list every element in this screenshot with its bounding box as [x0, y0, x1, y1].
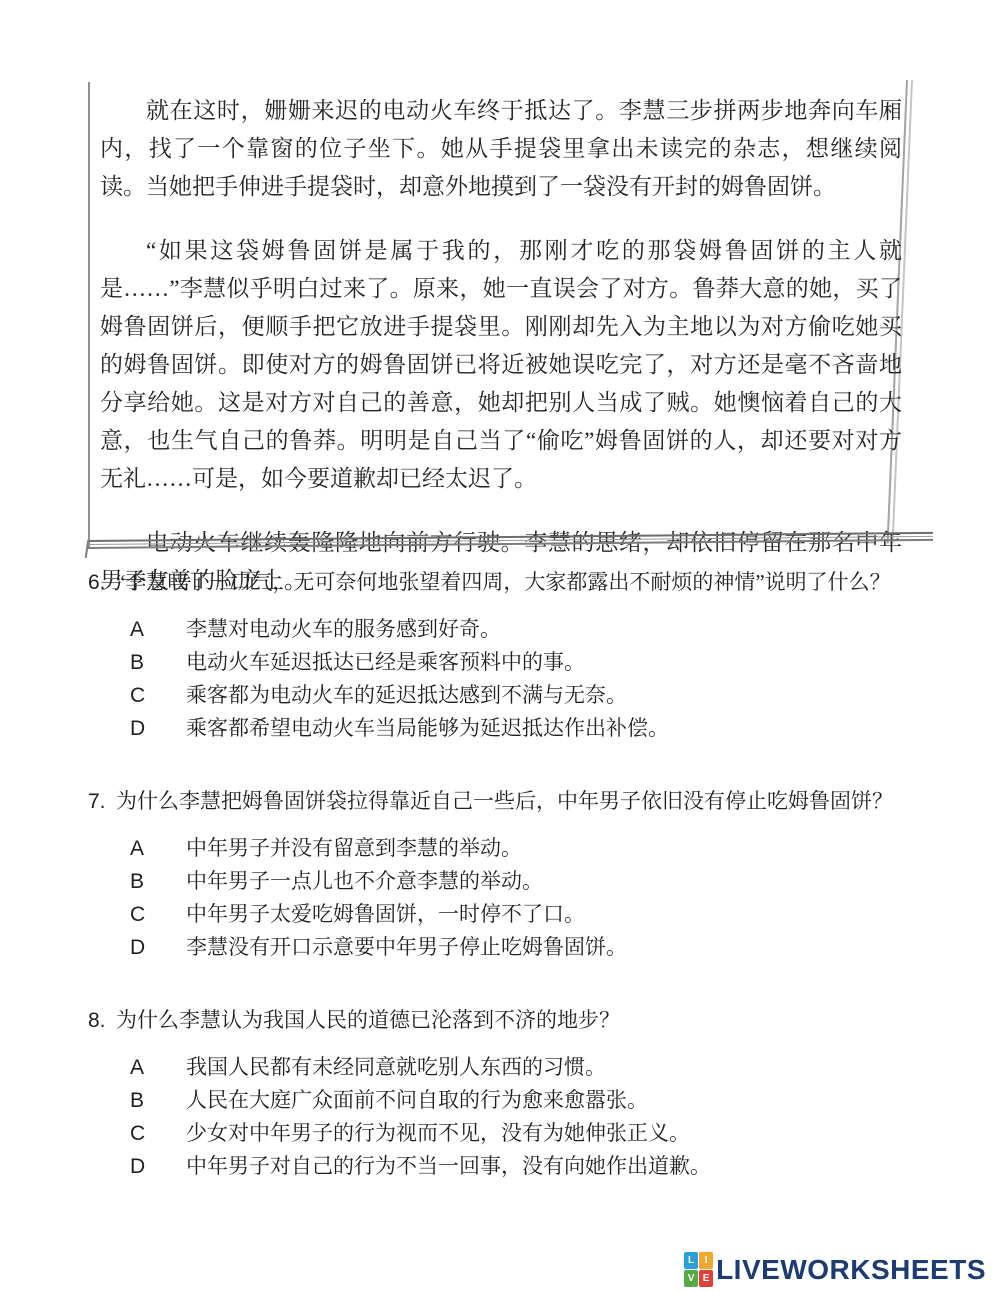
- option-letter: D: [130, 931, 186, 964]
- page-edge-left: [88, 82, 90, 548]
- option-letter: A: [130, 1051, 186, 1084]
- option-text: 李慧对电动火车的服务感到好奇。: [186, 613, 910, 646]
- passage-text: 就在这时，姗姗来迟的电动火车终于抵达了。李慧三步拼两步地奔向车厢内，找了一个靠窗…: [100, 92, 902, 600]
- option-text: 乘客都为电动火车的延迟抵达感到不满与无奈。: [186, 679, 910, 712]
- options-list: A 中年男子并没有留意到李慧的举动。 B 中年男子一点儿也不介意李慧的举动。 C…: [130, 832, 910, 964]
- option-row-b[interactable]: B 人民在大庭广众面前不问自取的行为愈来愈嚣张。: [130, 1084, 910, 1117]
- question-8: 8. 为什么李慧认为我国人民的道德已沦落到不济的地步？ A 我国人民都有未经同意…: [88, 1004, 910, 1183]
- brand-text: LIVEWORKSHEETS: [716, 1254, 986, 1286]
- option-row-c[interactable]: C 乘客都为电动火车的延迟抵达感到不满与无奈。: [130, 679, 910, 712]
- option-row-c[interactable]: C 中年男子太爱吃姆鲁固饼，一时停不了口。: [130, 898, 910, 931]
- passage-paragraph: “如果这袋姆鲁固饼是属于我的，那刚才吃的那袋姆鲁固饼的主人就是……”李慧似乎明白…: [100, 232, 902, 498]
- option-text: 少女对中年男子的行为视而不见，没有为她伸张正义。: [186, 1117, 910, 1150]
- option-letter: B: [130, 1084, 186, 1117]
- question-7: 7. 为什么李慧把姆鲁固饼袋拉得靠近自己一些后，中年男子依旧没有停止吃姆鲁固饼？…: [88, 785, 910, 964]
- option-text: 中年男子并没有留意到李慧的举动。: [186, 832, 910, 865]
- option-text: 中年男子对自己的行为不当一回事，没有向她作出道歉。: [186, 1150, 910, 1183]
- logo-letter-cell-i: I: [699, 1252, 713, 1269]
- passage-scan: 就在这时，姗姗来迟的电动火车终于抵达了。李慧三步拼两步地奔向车厢内，找了一个靠窗…: [0, 0, 1000, 570]
- option-text: 电动火车延迟抵达已经是乘客预料中的事。: [186, 646, 910, 679]
- option-letter: A: [130, 832, 186, 865]
- questions-section: 6. “李慧叹了一口气，无可奈何地张望着四周，大家都露出不耐烦的神情”说明了什么…: [88, 566, 910, 1223]
- options-list: A 李慧对电动火车的服务感到好奇。 B 电动火车延迟抵达已经是乘客预料中的事。 …: [130, 613, 910, 745]
- option-letter: D: [130, 1150, 186, 1183]
- option-letter: C: [130, 679, 186, 712]
- option-letter: C: [130, 1117, 186, 1150]
- option-row-d[interactable]: D 中年男子对自己的行为不当一回事，没有向她作出道歉。: [130, 1150, 910, 1183]
- option-letter: B: [130, 865, 186, 898]
- option-letter: B: [130, 646, 186, 679]
- option-letter: D: [130, 712, 186, 745]
- option-text: 乘客都希望电动火车当局能够为延迟抵达作出补偿。: [186, 712, 910, 745]
- question-number: 7.: [88, 785, 116, 818]
- option-row-b[interactable]: B 中年男子一点儿也不介意李慧的举动。: [130, 865, 910, 898]
- logo-letter-cell-v: V: [684, 1270, 698, 1287]
- option-text: 我国人民都有未经同意就吃别人东西的习惯。: [186, 1051, 910, 1084]
- option-text: 中年男子太爱吃姆鲁固饼，一时停不了口。: [186, 898, 910, 931]
- option-letter: C: [130, 898, 186, 931]
- passage-paragraph: 就在这时，姗姗来迟的电动火车终于抵达了。李慧三步拼两步地奔向车厢内，找了一个靠窗…: [100, 92, 902, 206]
- option-row-a[interactable]: A 我国人民都有未经同意就吃别人东西的习惯。: [130, 1051, 910, 1084]
- question-text: “李慧叹了一口气，无可奈何地张望着四周，大家都露出不耐烦的神情”说明了什么？: [116, 566, 910, 599]
- options-list: A 我国人民都有未经同意就吃别人东西的习惯。 B 人民在大庭广众面前不问自取的行…: [130, 1051, 910, 1183]
- option-row-d[interactable]: D 李慧没有开口示意要中年男子停止吃姆鲁固饼。: [130, 931, 910, 964]
- question-text: 为什么李慧把姆鲁固饼袋拉得靠近自己一些后，中年男子依旧没有停止吃姆鲁固饼？: [116, 785, 910, 818]
- option-letter: A: [130, 613, 186, 646]
- option-row-d[interactable]: D 乘客都希望电动火车当局能够为延迟抵达作出补偿。: [130, 712, 910, 745]
- question-number: 6.: [88, 566, 116, 599]
- option-text: 中年男子一点儿也不介意李慧的举动。: [186, 865, 910, 898]
- liveworksheets-logo[interactable]: L I V E LIVEWORKSHEETS: [684, 1252, 986, 1287]
- option-text: 李慧没有开口示意要中年男子停止吃姆鲁固饼。: [186, 931, 910, 964]
- option-row-c[interactable]: C 少女对中年男子的行为视而不见，没有为她伸张正义。: [130, 1117, 910, 1150]
- logo-letter-cell-l: L: [684, 1252, 698, 1269]
- option-row-a[interactable]: A 李慧对电动火车的服务感到好奇。: [130, 613, 910, 646]
- option-row-b[interactable]: B 电动火车延迟抵达已经是乘客预料中的事。: [130, 646, 910, 679]
- question-number: 8.: [88, 1004, 116, 1037]
- logo-letter-cell-e: E: [699, 1270, 713, 1287]
- question-6: 6. “李慧叹了一口气，无可奈何地张望着四周，大家都露出不耐烦的神情”说明了什么…: [88, 566, 910, 745]
- option-text: 人民在大庭广众面前不问自取的行为愈来愈嚣张。: [186, 1084, 910, 1117]
- page-edge-curl: [85, 540, 89, 558]
- logo-grid-icon: L I V E: [684, 1252, 713, 1287]
- question-text: 为什么李慧认为我国人民的道德已沦落到不济的地步？: [116, 1004, 910, 1037]
- option-row-a[interactable]: A 中年男子并没有留意到李慧的举动。: [130, 832, 910, 865]
